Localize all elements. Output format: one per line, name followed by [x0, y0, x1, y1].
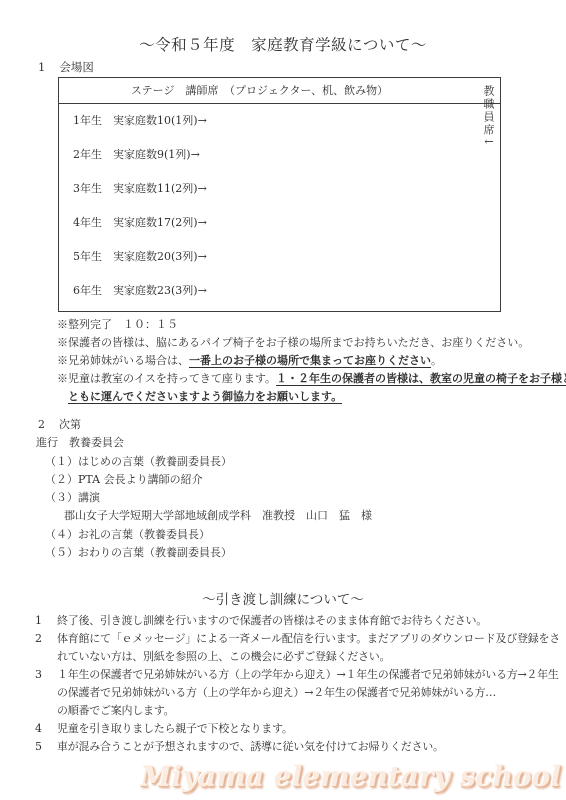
note-children-chairs-emphasis-1: １・２年生の保護者の皆様は、教室の児童の椅子をお子様と: [276, 372, 566, 386]
handover-item-4-number: 4: [35, 720, 57, 738]
agenda-lecturer: 郡山女子大学短期大学部地域創成学科 准教授 山口 猛 様: [64, 507, 566, 525]
handover-item-2: 2 体育館にて「ｅメッセージ」による一斉メール配信を行います。まだアプリのダウン…: [0, 630, 566, 666]
document-page: ～令和５年度 家庭教育学級について～ 1会場図 ステージ 講師席 （プロジェクタ…: [0, 0, 566, 800]
stage-header: ステージ 講師席 （プロジェクター、机、飲み物）: [59, 78, 500, 104]
venue-row-grade1: 1年生 実家庭数10(1列)→: [73, 104, 460, 138]
agenda-item-4: （４）お礼の言葉（教養委員長）: [45, 526, 566, 544]
handover-title: ～引き渡し訓練について～: [0, 590, 566, 610]
handover-item-4: 4 児童を引き取りましたら親子で下校となります。: [0, 720, 566, 738]
note-siblings-emphasis: 一番上のお子様の場所で集まってお座りください: [189, 354, 431, 368]
staff-seat-vertical-label: 教職員席↓: [480, 85, 496, 148]
venue-diagram-box: ステージ 講師席 （プロジェクター、机、飲み物） 1年生 実家庭数10(1列)→…: [58, 77, 501, 312]
handover-item-3: 3 １年生の保護者で兄弟姉妹がいる方（上の学年から迎え）→１年生の保護者で兄弟姉…: [0, 666, 566, 720]
section1-number: 1: [38, 60, 45, 74]
venue-rows: 1年生 実家庭数10(1列)→ 2年生 実家庭数9(1列)→ 3年生 実家庭数1…: [73, 104, 460, 308]
school-watermark: Miyama elementary school: [140, 760, 561, 793]
handover-section: ～引き渡し訓練について～ 1 終了後、引き渡し訓練を行いますので保護者の皆様はそ…: [0, 590, 566, 756]
venue-row-grade2: 2年生 実家庭数9(1列)→: [73, 138, 460, 172]
note-lineup-time: ※整列完了 １０：１５: [57, 316, 557, 334]
agenda-item-2: （２）PTA 会長より講師の紹介: [45, 471, 566, 489]
note-parents-chairs: ※保護者の皆様は、脇にあるパイプ椅子をお子様の場所までお持ちいただき、お座りくだ…: [57, 334, 557, 352]
section1-heading: 1会場図: [38, 59, 94, 75]
note-children-chairs-emphasis-2: ともに運んでくださいますよう御協力をお願いします。: [68, 390, 342, 404]
agenda-section: 2次第 進行 教養委員会 （１）はじめの言葉（教養副委員長） （２）PTA 会長…: [0, 416, 566, 562]
handover-item-2-number: 2: [35, 630, 57, 666]
agenda-item-1: （１）はじめの言葉（教養副委員長）: [45, 453, 566, 471]
section1-label: 会場図: [59, 60, 94, 74]
section2-label: 次第: [59, 418, 81, 431]
handover-item-1: 1 終了後、引き渡し訓練を行いますので保護者の皆様はそのまま体育館でお待ちくださ…: [0, 612, 566, 630]
note-children-chairs: ※児童は教室のイスを持ってきて座ります。１・２年生の保護者の皆様は、教室の児童の…: [57, 370, 557, 388]
page-title: ～令和５年度 家庭教育学級について～: [0, 33, 566, 55]
handover-item-5: 5 車が混み合うことが予想されますので、誘導に従い気を付けてお帰りください。: [0, 738, 566, 756]
venue-notes: ※整列完了 １０：１５ ※保護者の皆様は、脇にあるパイプ椅子をお子様の場所までお…: [57, 316, 557, 406]
section2-number: 2: [38, 418, 45, 431]
venue-row-grade4: 4年生 実家庭数17(2列)→: [73, 206, 460, 240]
agenda-item-3: （３）講演: [45, 489, 566, 507]
note-children-chairs-cont: ともに運んでくださいますよう御協力をお願いします。: [57, 388, 557, 406]
handover-item-3-number: 3: [35, 666, 57, 720]
venue-row-grade3: 3年生 実家庭数11(2列)→: [73, 172, 460, 206]
handover-item-1-number: 1: [35, 612, 57, 630]
venue-row-grade5: 5年生 実家庭数20(3列)→: [73, 240, 460, 274]
agenda-moderator: 進行 教養委員会: [36, 434, 566, 452]
note-siblings: ※兄弟姉妹がいる場合は、一番上のお子様の場所で集まってお座りください。: [57, 352, 557, 370]
handover-item-5-number: 5: [35, 738, 57, 756]
venue-row-grade6: 6年生 実家庭数23(3列)→: [73, 274, 460, 308]
section2-heading: 2次第: [38, 416, 566, 434]
agenda-item-5: （５）おわりの言葉（教養副委員長）: [45, 544, 566, 562]
